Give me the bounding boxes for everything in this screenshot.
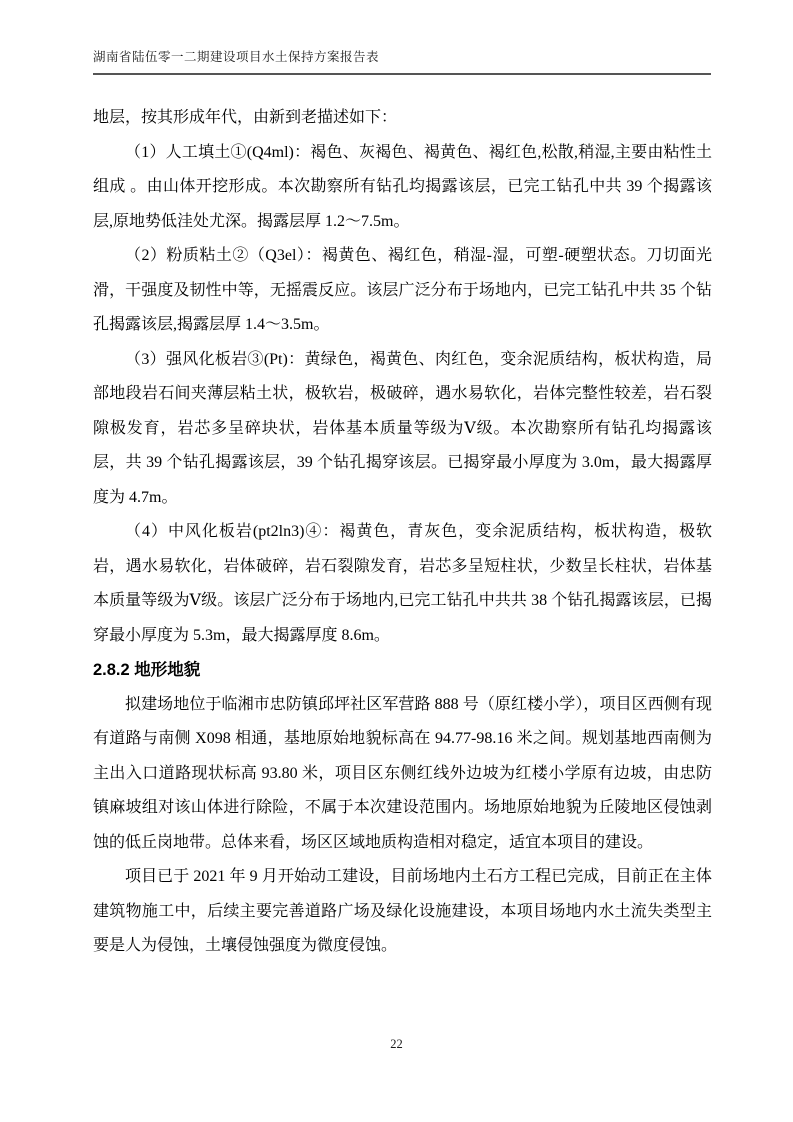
geology-paragraph-1: （1）人工填土①(Q4ml)：褐色、灰褐色、褐黄色、褐红色,松散,稍湿,主要由粘… [93, 136, 712, 240]
document-body: 地层，按其形成年代，由新到老描述如下： （1）人工填土①(Q4ml)：褐色、灰褐… [93, 101, 712, 964]
terrain-paragraph-2: 项目已于 2021 年 9 月开始动工建设，目前场地内土石方工程已完成，目前正在… [93, 860, 712, 964]
page-footer: 22 [0, 1037, 793, 1052]
geology-paragraph-3: （3）强风化板岩③(Pt)：黄绿色，褐黄色、肉红色，变余泥质结构，板状构造，局部… [93, 343, 712, 516]
document-page: 湖南省陆伍零一二期建设项目水土保持方案报告表 地层，按其形成年代，由新到老描述如… [0, 0, 793, 1122]
section-heading-2-8-2: 2.8.2 地形地貌 [93, 653, 712, 688]
intro-paragraph: 地层，按其形成年代，由新到老描述如下： [93, 101, 712, 136]
page-number: 22 [390, 1037, 403, 1051]
page-header: 湖南省陆伍零一二期建设项目水土保持方案报告表 [93, 47, 711, 75]
geology-paragraph-2: （2）粉质粘土②（Q3el）：褐黄色、褐红色，稍湿-湿，可塑-硬塑状态。刀切面光… [93, 239, 712, 343]
geology-paragraph-4: （4）中风化板岩(pt2ln3)④：褐黄色，青灰色，变余泥质结构，板状构造，极软… [93, 515, 712, 653]
terrain-paragraph-1: 拟建场地位于临湘市忠防镇邱坪社区军营路 888 号（原红楼小学），项目区西侧有现… [93, 688, 712, 861]
page-header-title: 湖南省陆伍零一二期建设项目水土保持方案报告表 [93, 50, 379, 64]
